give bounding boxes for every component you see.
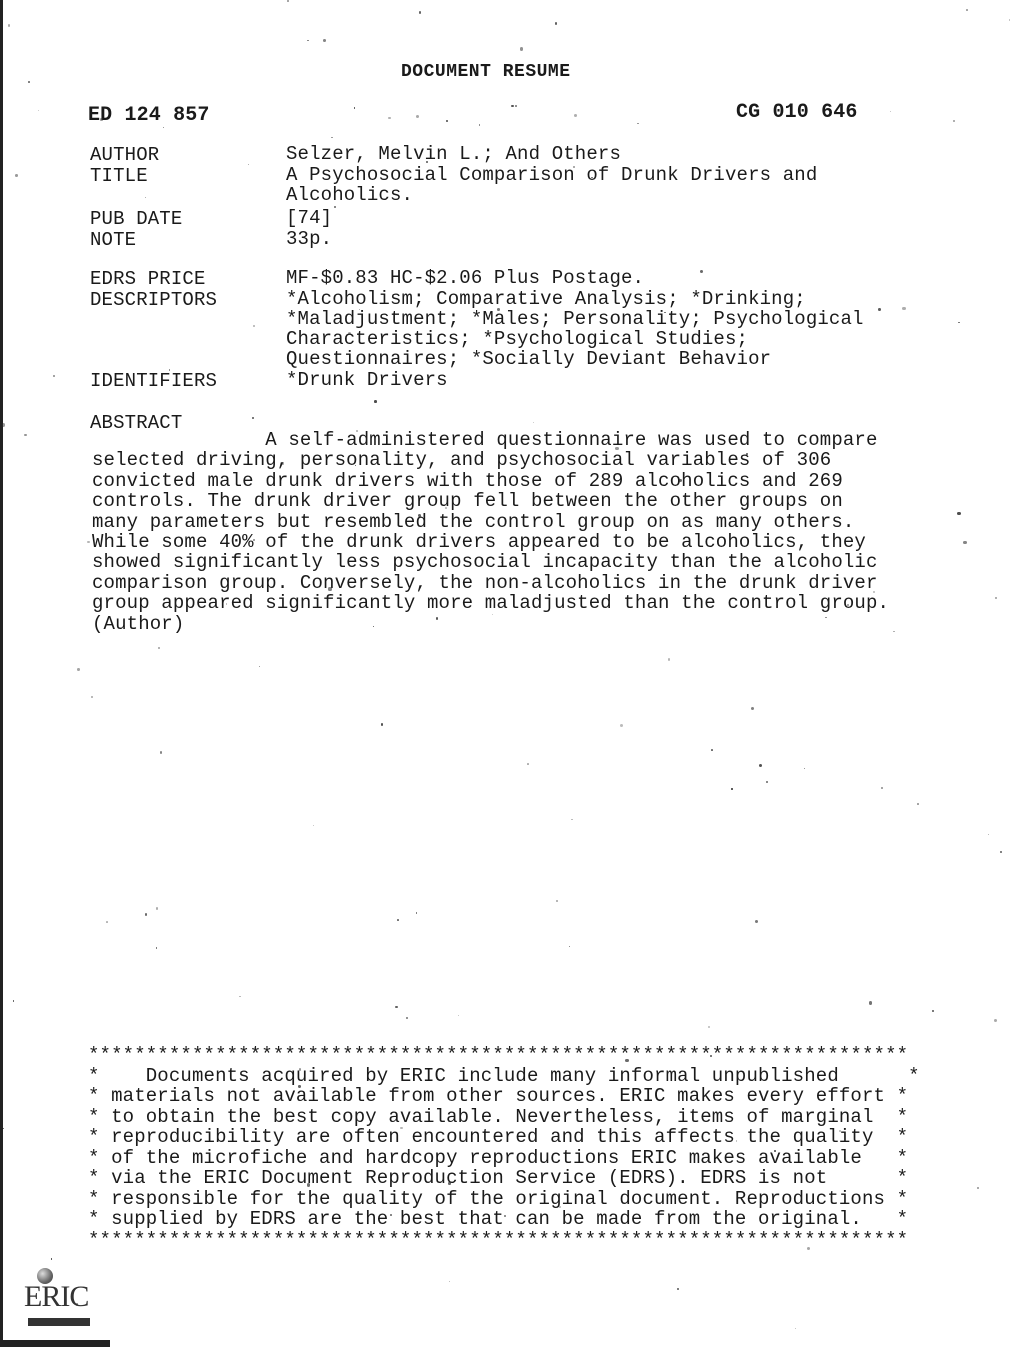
field-label: EDRS PRICE (90, 268, 206, 290)
eric-logo-banner (28, 1318, 90, 1326)
field-label: DESCRIPTORS (90, 289, 217, 311)
field-value: *Drunk Drivers (286, 370, 448, 390)
field-label: AUTHOR (90, 144, 159, 166)
scan-edge (0, 0, 3, 1347)
field-label: IDENTIFIERS (90, 370, 217, 392)
eric-notice-box: ****************************************… (88, 1045, 920, 1250)
field-value: MF-$0.83 HC-$2.06 Plus Postage. (286, 268, 644, 288)
eric-logo: ERIC (6, 1268, 90, 1332)
scan-edge (0, 1340, 110, 1347)
field-value: A Psychosocial Comparison of Drunk Drive… (286, 165, 817, 205)
document-title: DOCUMENT RESUME (401, 62, 571, 82)
field-label: TITLE (90, 165, 148, 187)
document-page: DOCUMENT RESUME ED 124 857 CG 010 646 AU… (0, 0, 1020, 1347)
field-value: 33p. (286, 229, 332, 249)
eric-logo-text: ERIC (24, 1280, 88, 1314)
abstract-text: A self-administered questionnaire was us… (92, 430, 889, 634)
field-label: NOTE (90, 229, 136, 251)
field-value: [74] (286, 208, 332, 228)
field-value: Selzer, Melvin L.; And Others (286, 144, 621, 164)
field-value: *Alcoholism; Comparative Analysis; *Drin… (286, 289, 864, 369)
clearinghouse-number: CG 010 646 (736, 101, 858, 124)
accession-number: ED 124 857 (88, 104, 210, 127)
field-label: PUB DATE (90, 208, 182, 230)
